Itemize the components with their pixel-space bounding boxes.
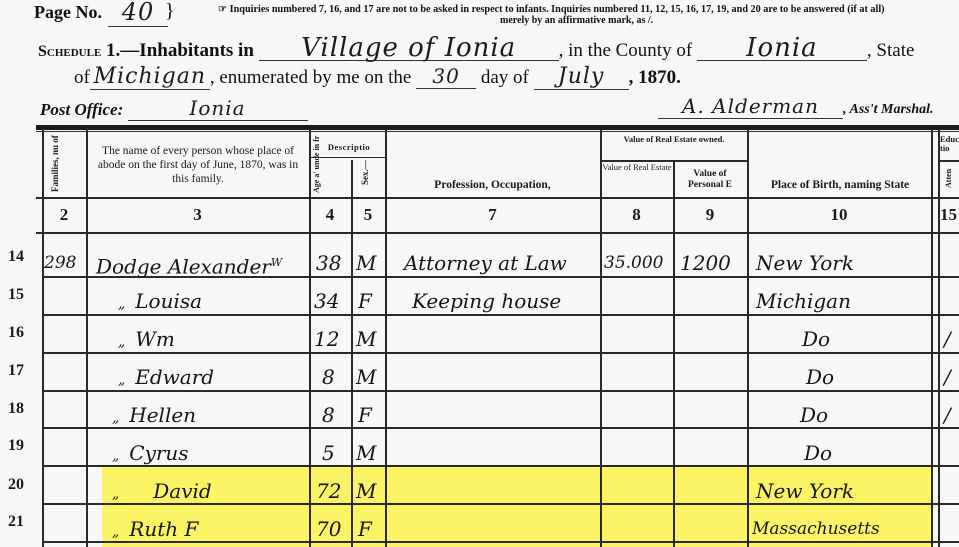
occupation: Keeping house [412, 288, 561, 314]
person-name-text: David [153, 479, 211, 503]
header-rule [36, 197, 959, 199]
age: 72 [316, 478, 341, 504]
ditto-mark: „ [112, 486, 119, 502]
header-families: Families, nu of [50, 135, 60, 192]
sex: M [356, 326, 376, 352]
col-divider [86, 128, 88, 547]
line-number: 18 [8, 400, 38, 418]
marshal-line: A. Alderman, Ass't Marshal. [658, 94, 934, 119]
person-name: „David [112, 478, 212, 507]
personal-estate-value: 1200 [680, 250, 731, 276]
marshal-signature: A. Alderman [658, 94, 843, 119]
sex: M [356, 250, 376, 276]
col-divider [309, 130, 311, 547]
birthplace: Massachusetts [752, 516, 880, 542]
colnum-5: 5 [351, 205, 385, 225]
description-group-rule [310, 157, 385, 158]
line-number: 21 [8, 513, 38, 531]
colnum-9: 9 [673, 205, 747, 225]
colnum-10: 10 [747, 205, 931, 225]
col-divider [42, 128, 44, 547]
schedule-line: Schedule 1.—Inhabitants in Village of Io… [38, 36, 914, 62]
ditto-mark: „ [112, 410, 119, 426]
person-name: „Edward [118, 364, 214, 393]
sex: M [356, 364, 376, 390]
header-name: The name of every person whose place of … [92, 144, 304, 186]
header-education: Educa tio [940, 135, 959, 153]
post-office-label: Post Office: [40, 100, 123, 119]
header-real-estate: Value of Real Estate [602, 163, 672, 172]
row-rule [42, 352, 959, 354]
post-office-field: Ionia [128, 96, 308, 121]
line-number: 20 [8, 476, 38, 494]
page-number-label: Page No. [34, 2, 102, 23]
ditto-mark: „ [118, 372, 125, 388]
day-of-label: day of [481, 67, 529, 88]
table-top-rule [36, 125, 959, 130]
enumerated-label: , enumerated by me on the [210, 67, 412, 88]
birthplace: Do [804, 440, 832, 466]
inquiries-notice: ☞ Inquiries numbered 7, 16, and 17 are n… [218, 4, 958, 15]
sex: F [358, 516, 372, 542]
page-number-value: 40 [108, 0, 168, 27]
age: 5 [322, 440, 335, 466]
line-number: 14 [8, 248, 38, 266]
month-field: July [534, 65, 629, 90]
table-top-rule-thin [36, 131, 959, 132]
person-name: „Wm [118, 326, 175, 355]
col-divider [747, 130, 749, 547]
person-name-text: Ruth F [129, 517, 198, 541]
colnum-8: 8 [600, 205, 673, 225]
age: 38 [316, 250, 341, 276]
person-name-text: Wm [135, 327, 175, 351]
person-name: „Ruth F [112, 516, 198, 545]
day-field: 30 [416, 64, 476, 89]
colnum-3: 3 [86, 205, 309, 225]
state-field: Michigan [90, 65, 210, 90]
ditto-mark: „ [112, 524, 119, 540]
year-label: , 1870. [629, 67, 681, 88]
person-name-text: Hellen [129, 403, 196, 427]
occupation: Attorney at Law [404, 250, 567, 276]
sex: M [356, 440, 376, 466]
age: 8 [322, 402, 335, 428]
attended-mark: / [944, 326, 951, 352]
header-attended: Atten [944, 169, 953, 188]
header-value-owned: Value of Real Estate owned. [602, 135, 746, 144]
line-number: 16 [8, 324, 38, 342]
age: 12 [314, 326, 339, 352]
sex: M [356, 478, 376, 504]
sex: F [358, 402, 372, 428]
of-label: of [74, 67, 90, 88]
header-sex: Sex.— [360, 160, 370, 185]
family-number: 298 [44, 250, 76, 276]
ditto-mark: „ [118, 334, 125, 350]
colnum-4: 4 [309, 205, 351, 225]
birthplace: New York [756, 250, 854, 276]
inquiries-notice-cont: merely by an affirmative mark, as /. [500, 15, 653, 26]
age: 8 [322, 364, 335, 390]
person-name: „Hellen [112, 402, 196, 431]
brace-mark: } [165, 0, 175, 23]
header-age: Age a' unde in fr [312, 136, 321, 193]
header-birthplace: Place of Birth, naming State [750, 178, 930, 192]
header-personal-estate: Value of Personal E [675, 169, 745, 191]
header-description: Descriptio [312, 143, 386, 152]
line-number: 17 [8, 362, 38, 380]
age: 70 [316, 516, 341, 542]
enumeration-line: ofMichigan, enumerated by me on the 30 d… [74, 64, 681, 90]
col-divider [931, 130, 933, 547]
post-office-line: Post Office: Ionia [40, 96, 300, 121]
education-group-rule [938, 160, 959, 162]
sex: F [358, 288, 372, 314]
state-label: , State [867, 40, 915, 61]
col-divider [600, 130, 602, 547]
person-name-text: Dodge Alexander [96, 255, 271, 279]
schedule-label: Schedule [38, 43, 101, 60]
birthplace: Do [800, 402, 828, 428]
person-name: „Louisa [118, 288, 202, 317]
colnum-15: 15 [940, 205, 959, 225]
attended-mark: / [944, 402, 951, 428]
person-name-text: Louisa [135, 289, 202, 313]
person-name: Dodge AlexanderW [96, 250, 282, 280]
real-estate-value: 35.000 [604, 250, 663, 276]
schedule-number: 1.—Inhabitants in [106, 40, 254, 61]
ditto-mark: „ [112, 448, 119, 464]
line-number: 15 [8, 286, 38, 304]
line-number: 19 [8, 437, 38, 455]
marshal-label: , Ass't Marshal. [843, 102, 934, 117]
colnum-2: 2 [42, 205, 86, 225]
attended-mark: / [944, 364, 951, 390]
colnum-rule [36, 232, 959, 234]
county-label: , in the County of [559, 40, 693, 61]
birthplace: Michigan [756, 288, 851, 314]
ditto-mark: „ [118, 296, 125, 312]
header-occupation: Profession, Occupation, [390, 178, 595, 192]
age: 34 [314, 288, 339, 314]
birthplace: New York [756, 478, 854, 504]
county-field: Ionia [697, 36, 867, 61]
colnum-7: 7 [385, 205, 600, 225]
place-field: Village of Ionia [259, 36, 559, 61]
col-divider [385, 130, 387, 547]
col-divider [938, 130, 940, 547]
person-name: „Cyrus [112, 440, 189, 469]
birthplace: Do [802, 326, 830, 352]
person-name-text: Cyrus [129, 441, 188, 465]
person-name-text: Edward [135, 365, 214, 389]
birthplace: Do [806, 364, 834, 390]
name-superscript: W [271, 256, 282, 269]
